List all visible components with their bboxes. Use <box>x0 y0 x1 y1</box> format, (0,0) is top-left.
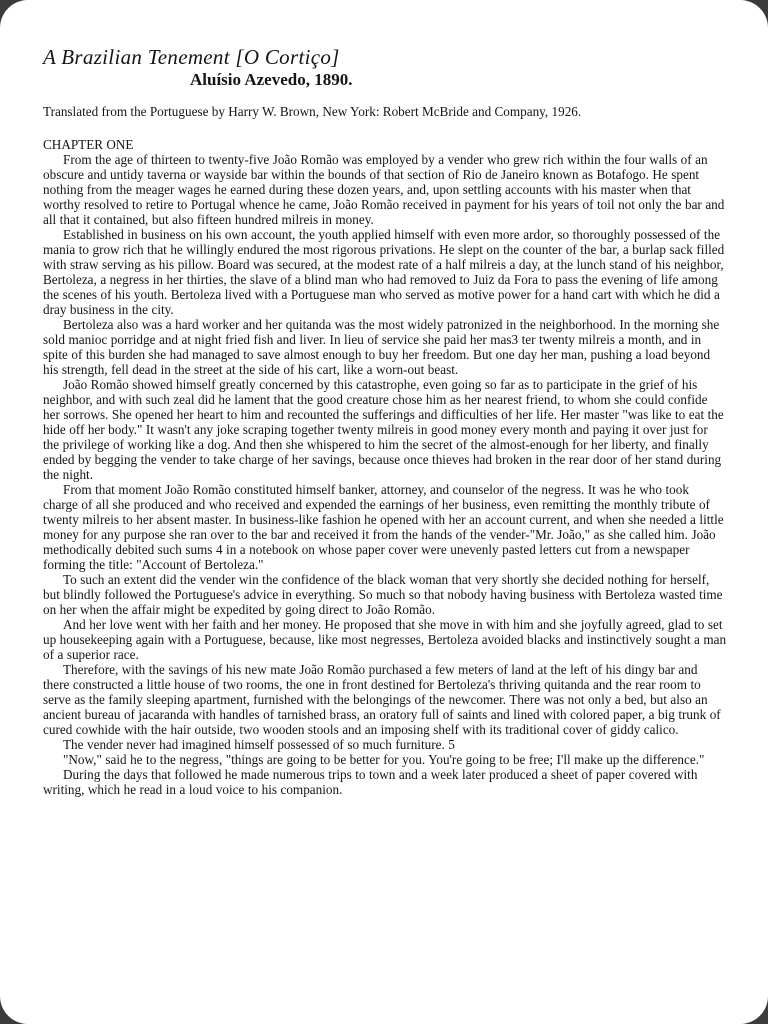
paragraph: And her love went with her faith and her… <box>43 617 727 662</box>
paragraph: From that moment João Romão constituted … <box>43 482 727 572</box>
translator-imprint-line: Translated from the Portuguese by Harry … <box>43 104 727 119</box>
paragraph: João Romão showed himself greatly concer… <box>43 377 727 482</box>
paragraph: From the age of thirteen to twenty-five … <box>43 152 727 227</box>
document-title: A Brazilian Tenement [O Cortiço] <box>43 45 727 69</box>
document-page: A Brazilian Tenement [O Cortiço] Aluísio… <box>0 0 768 1024</box>
chapter-heading: CHAPTER ONE <box>43 137 727 152</box>
author-byline: Aluísio Azevedo, 1890. <box>190 70 727 90</box>
paragraph: Therefore, with the savings of his new m… <box>43 662 727 737</box>
paragraph: Established in business on his own accou… <box>43 227 727 317</box>
paragraph: Bertoleza also was a hard worker and her… <box>43 317 727 377</box>
paragraph: During the days that followed he made nu… <box>43 767 727 797</box>
paragraph: "Now," said he to the negress, "things a… <box>43 752 727 767</box>
paragraph: To such an extent did the vender win the… <box>43 572 727 617</box>
page-content: A Brazilian Tenement [O Cortiço] Aluísio… <box>43 0 727 797</box>
paragraph: The vender never had imagined himself po… <box>43 737 727 752</box>
